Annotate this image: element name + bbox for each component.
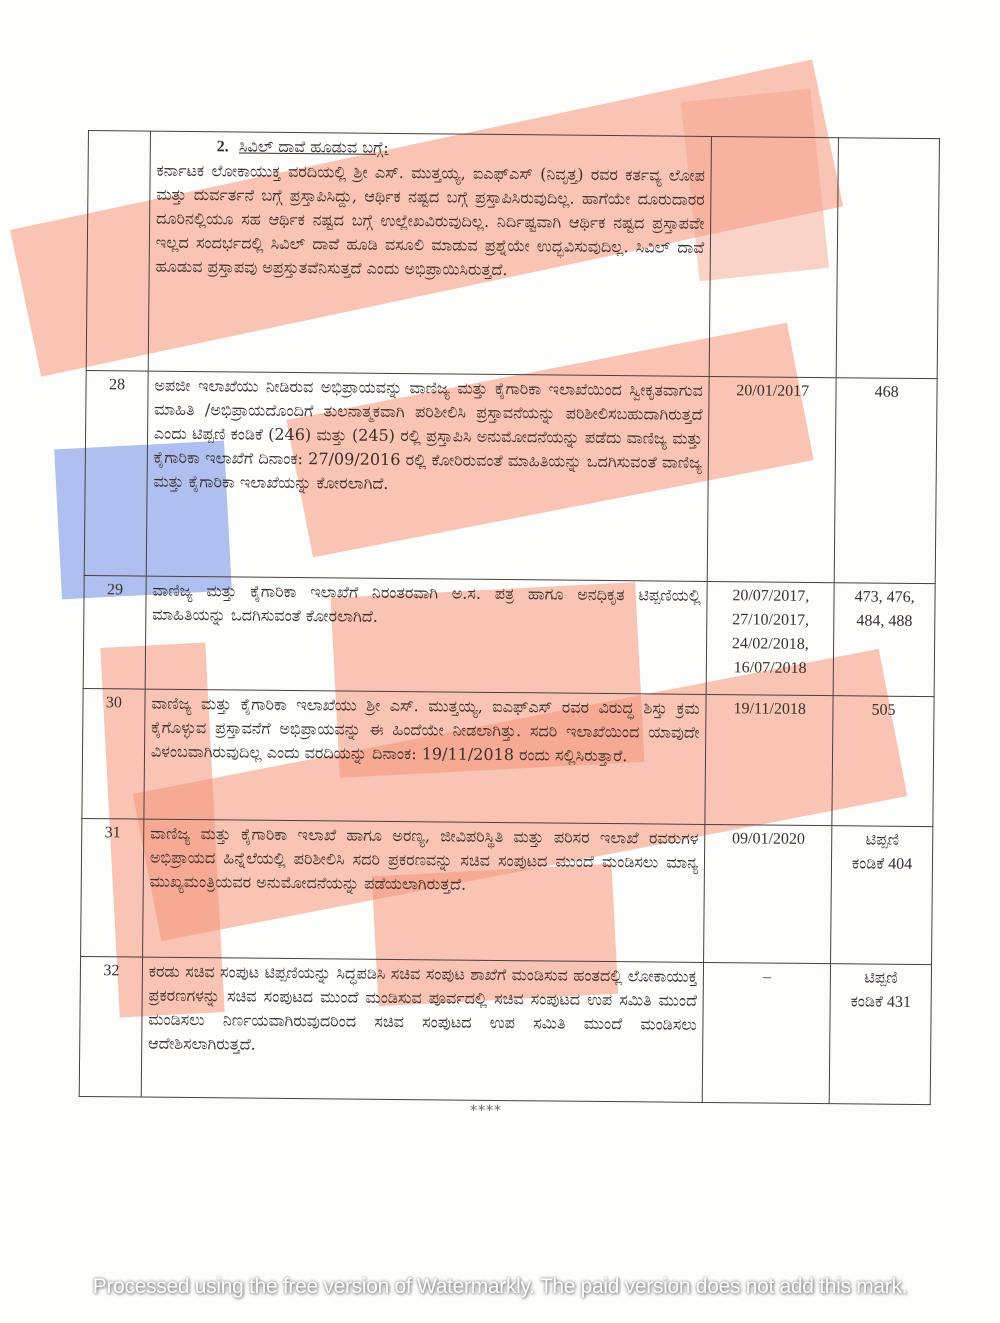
row-number (86, 131, 150, 372)
row-number: 29 (83, 575, 146, 689)
row-dates: 20/01/2017 (708, 376, 837, 582)
sub-heading-text: ಸಿವಿಲ್ ದಾವೆ ಹೂಡುವ ಬಗ್ಗೆ: (239, 136, 389, 156)
table-row: 29 ವಾಣಿಜ್ಯ ಮತ್ತು ಕೈಗಾರಿಕಾ ಇಲಾಖೆಗೆ ನಿರಂತರ… (83, 575, 935, 696)
row-reference (836, 138, 939, 379)
row-dates: 09/01/2020 (704, 824, 832, 963)
row-reference: ಟಿಪ್ಪಣಿಕಂಡಿಕೆ 431 (829, 964, 931, 1105)
row-description: ಅಪಜೀ ಇಲಾಖೆಯು ನೀಡಿರುವ ಅಭಿಪ್ರಾಯವನ್ನು ವಾಣಿಜ… (146, 371, 709, 581)
row-number: 32 (79, 956, 142, 1097)
row-dates: 20/07/2017,27/10/2017,24/02/2018,16/07/2… (706, 581, 834, 695)
row-reference: 473, 476,484, 488 (833, 583, 935, 697)
row-reference: 468 (834, 378, 937, 584)
row-dates (709, 136, 838, 377)
row-number: 31 (81, 818, 144, 957)
document-page: 2. ಸಿವಿಲ್ ದಾವೆ ಹೂಡುವ ಬಗ್ಗೆ: ಕರ್ನಾಟಕ ಲೋಕಾ… (0, 0, 1000, 1323)
row-description: ಕರಡು ಸಚಿವ ಸಂಪುಟ ಟಿಪ್ಪಣಿಯನ್ನು ಸಿದ್ಧಪಡಿಸಿ … (141, 957, 704, 1102)
table-row: 32 ಕರಡು ಸಚಿವ ಸಂಪುಟ ಟಿಪ್ಪಣಿಯನ್ನು ಸಿದ್ಧಪಡಿ… (79, 956, 931, 1104)
row-number: 30 (82, 688, 145, 819)
row-reference: ಟಿಪ್ಪಣಿಕಂಡಿಕೆ 404 (831, 826, 933, 965)
row-reference: 505 (832, 696, 934, 827)
row-dates: 19/11/2018 (705, 694, 833, 825)
row-number: 28 (84, 370, 148, 576)
sub-heading-number: 2. (217, 138, 229, 155)
table-row: 30 ವಾಣಿಜ್ಯ ಮತ್ತು ಕೈಗಾರಿಕಾ ಇಲಾಖೆಯು ಶ್ರೀ ಎ… (82, 688, 934, 826)
row-description: ವಾಣಿಜ್ಯ ಮತ್ತು ಕೈಗಾರಿಕಾ ಇಲಾಖೆಯು ಶ್ರೀ ಎಸ್.… (144, 689, 707, 824)
watermark-footer-text: Processed using the free version of Wate… (0, 1275, 1000, 1299)
table-row: 28 ಅಪಜೀ ಇಲಾಖೆಯು ನೀಡಿರುವ ಅಭಿಪ್ರಾಯವನ್ನು ವಾ… (84, 370, 937, 583)
row-description: ವಾಣಿಜ್ಯ ಮತ್ತು ಕೈಗಾರಿಕಾ ಇಲಾಖೆ ಹಾಗೂ ಅರಣ್ಯ,… (142, 819, 705, 962)
proceedings-table: 2. ಸಿವಿಲ್ ದಾವೆ ಹೂಡುವ ಬಗ್ಗೆ: ಕರ್ನಾಟಕ ಲೋಕಾ… (79, 130, 940, 1105)
row-description: 2. ಸಿವಿಲ್ ದಾವೆ ಹೂಡುವ ಬಗ್ಗೆ: ಕರ್ನಾಟಕ ಲೋಕಾ… (148, 131, 712, 376)
table-row: 2. ಸಿವಿಲ್ ದಾವೆ ಹೂಡುವ ಬಗ್ಗೆ: ಕರ್ನಾಟಕ ಲೋಕಾ… (86, 131, 939, 379)
table-row: 31 ವಾಣಿಜ್ಯ ಮತ್ತು ಕೈಗಾರಿಕಾ ಇಲಾಖೆ ಹಾಗೂ ಅರಣ… (81, 818, 933, 964)
description-text: ಕರ್ನಾಟಕ ಲೋಕಾಯುಕ್ತ ವರದಿಯಲ್ಲಿ ಶ್ರೀ ಎಸ್. ಮು… (155, 159, 705, 284)
row-dates: – (703, 962, 831, 1103)
end-marker: **** (470, 1103, 502, 1119)
row-description: ವಾಣಿಜ್ಯ ಮತ್ತು ಕೈಗಾರಿಕಾ ಇಲಾಖೆಗೆ ನಿರಂತರವಾಗ… (145, 576, 708, 694)
